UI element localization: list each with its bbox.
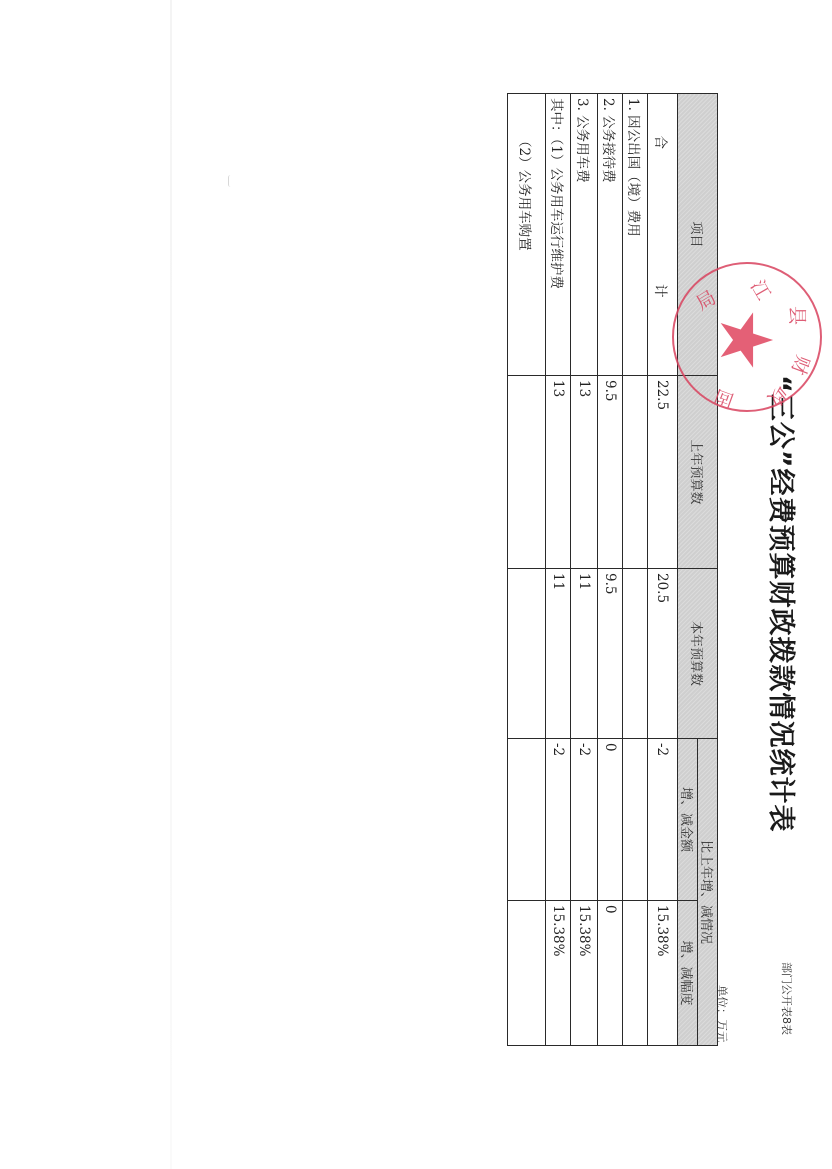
cell-change-rate: 0 <box>598 901 623 1046</box>
cell-item: 3. 公务用车费 <box>571 94 598 376</box>
cell-change-amount: 0 <box>598 739 623 901</box>
cell-change-amount: -2 <box>546 739 571 901</box>
cell-curr-budget: 20.5 <box>648 569 678 739</box>
header-row: 项目 上年预算数 本年预算数 比上年增、减情况 <box>698 94 718 1046</box>
official-seal: ★ 江 县 财 政 固 局 <box>672 262 822 412</box>
cell-change-amount: -2 <box>648 739 678 901</box>
cell-curr-budget: 11 <box>571 569 598 739</box>
header-change-amount: 增、减金额 <box>678 739 698 901</box>
scan-page-edge <box>170 0 172 1169</box>
table-row-total: 合 计 22.5 20.5 -2 15.38% <box>648 94 678 1046</box>
header-change-rate: 增、减幅度 <box>678 901 698 1046</box>
header-change-group: 比上年增、减情况 <box>698 739 718 1046</box>
table-row: 2. 公务接待费 9.5 9.5 0 0 <box>598 94 623 1046</box>
title-block: “三公”经费预算财政拨款情况统计表 <box>760 375 800 795</box>
cell-prev-budget <box>623 376 648 569</box>
cell-prev-budget: 13 <box>571 376 598 569</box>
cell-curr-budget: 11 <box>546 569 571 739</box>
cell-change-rate: 15.38% <box>546 901 571 1046</box>
cell-change-amount <box>508 739 546 901</box>
form-code-block: 部门公开表8表 <box>775 962 795 1057</box>
header-curr-budget: 本年预算数 <box>678 569 718 739</box>
scan-speck <box>228 175 233 187</box>
cell-curr-budget <box>623 569 648 739</box>
budget-table-frame: 项目 上年预算数 本年预算数 比上年增、减情况 增、减金额 增、减幅度 合 计 … <box>515 93 718 1045</box>
cell-item: 1. 因公出国（境）费用 <box>623 94 648 376</box>
cell-item: （2）公务用车购置 <box>508 94 546 376</box>
table-row: 3. 公务用车费 13 11 -2 15.38% <box>571 94 598 1046</box>
cell-change-rate <box>623 901 648 1046</box>
table-row: 1. 因公出国（境）费用 <box>623 94 648 1046</box>
seal-char: 财 <box>786 352 818 379</box>
form-code: 部门公开表8表 <box>779 962 795 1057</box>
document-title: “三公”经费预算财政拨款情况统计表 <box>760 375 800 795</box>
cell-change-rate: 15.38% <box>571 901 598 1046</box>
cell-curr-budget <box>508 569 546 739</box>
seal-char: 县 <box>785 306 812 325</box>
table-row: 其中：（1）公务用车运行维护费 13 11 -2 15.38% <box>546 94 571 1046</box>
cell-change-amount <box>623 739 648 901</box>
cell-prev-budget: 22.5 <box>648 376 678 569</box>
cell-prev-budget: 9.5 <box>598 376 623 569</box>
cell-prev-budget <box>508 376 546 569</box>
budget-table: 项目 上年预算数 本年预算数 比上年增、减情况 增、减金额 增、减幅度 合 计 … <box>507 93 718 1046</box>
cell-item: 2. 公务接待费 <box>598 94 623 376</box>
cell-change-rate: 15.38% <box>648 901 678 1046</box>
cell-change-amount: -2 <box>571 739 598 901</box>
cell-change-rate <box>508 901 546 1046</box>
seal-star-icon: ★ <box>710 304 782 376</box>
table-row: （2）公务用车购置 <box>508 94 546 1046</box>
cell-item: 其中：（1）公务用车运行维护费 <box>546 94 571 376</box>
seal-char: 江 <box>745 275 778 305</box>
seal-char: 固 <box>710 384 737 416</box>
cell-curr-budget: 9.5 <box>598 569 623 739</box>
cell-prev-budget: 13 <box>546 376 571 569</box>
